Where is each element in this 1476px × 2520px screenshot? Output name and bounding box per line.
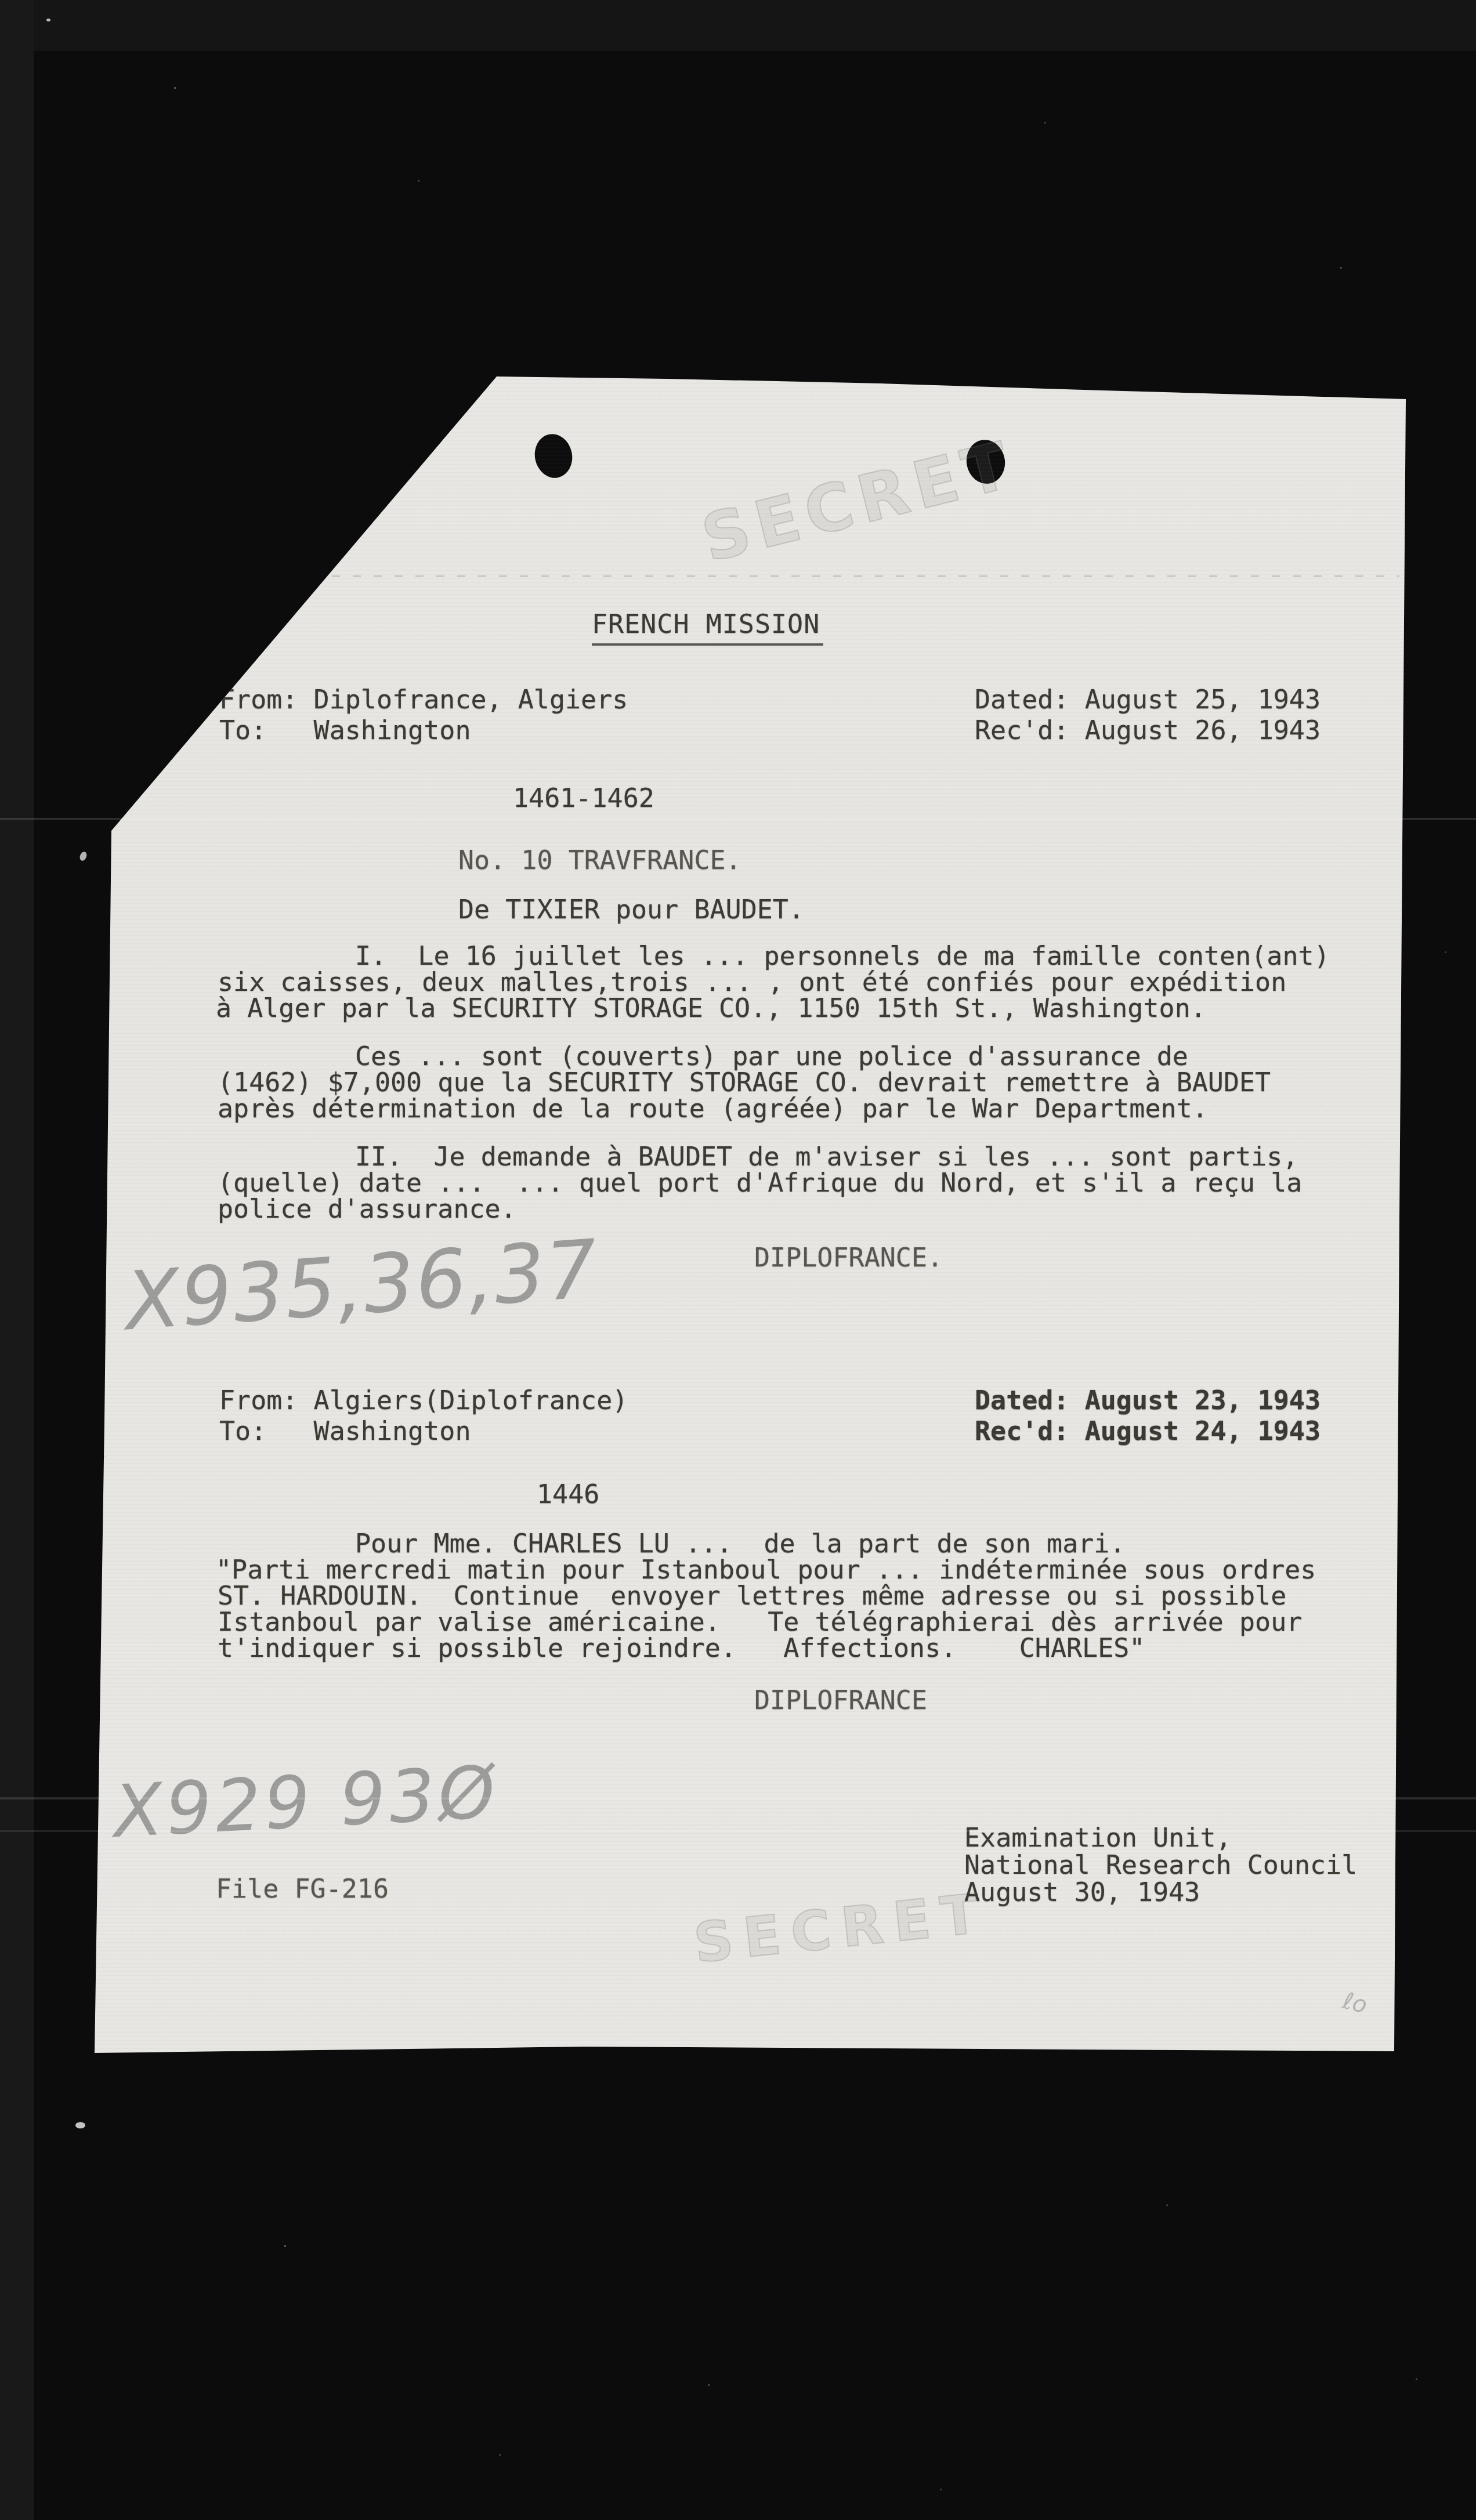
scan-border-left: [0, 0, 34, 2520]
scan-speck: [46, 19, 50, 21]
pencil-corner-mark: ℓo: [1340, 1987, 1370, 2019]
message2-to: To: Washington: [219, 1416, 471, 1446]
message1-body-line: à Alger par la SECURITY STORAGE CO., 115…: [216, 993, 1206, 1023]
document-title: FRENCH MISSION: [592, 609, 823, 646]
message1-body-line: après détermination de la route (agréée)…: [218, 1094, 1208, 1124]
secret-stamp-bottom: SECRET: [691, 1882, 992, 1976]
scanned-document-page: SECRET SECRET FRENCH MISSION From: Diplo…: [0, 0, 1476, 2520]
scan-border-top: [0, 0, 1476, 51]
scan-speck: [78, 851, 88, 862]
scan-speck: [75, 2122, 85, 2128]
pencil-annotation-1: X935,36,37: [122, 1222, 601, 1349]
message2-from: From: Algiers(Diplofrance): [219, 1385, 628, 1415]
message2-body-line: t'indiquer si possible rejoindre. Affect…: [218, 1633, 1145, 1663]
message1-salutation: De TIXIER pour BAUDET.: [458, 895, 804, 925]
message1-number: No. 10 TRAVFRANCE.: [458, 845, 741, 875]
scan-noise-dots: [174, 87, 176, 89]
secret-stamp-top: SECRET: [694, 426, 1023, 577]
paper-sheet: SECRET SECRET FRENCH MISSION From: Diplo…: [0, 0, 1476, 2520]
message2-signature: DIPLOFRANCE: [754, 1685, 927, 1715]
message1-serial: 1461-1462: [513, 783, 654, 813]
file-number: File FG-216: [216, 1874, 389, 1904]
message2-received: Rec'd: August 24, 1943: [975, 1416, 1321, 1446]
message1-signature: DIPLOFRANCE.: [754, 1243, 943, 1273]
message1-received: Rec'd: August 26, 1943: [975, 715, 1321, 745]
message1-body-line: police d'assurance.: [218, 1194, 516, 1224]
punch-hole-left: [531, 430, 576, 481]
message2-dated: Dated: August 23, 1943: [975, 1385, 1321, 1415]
scan-artifact-dashed-line: [227, 575, 1399, 577]
pencil-annotation-2: X929 93Ø: [111, 1751, 501, 1855]
examination-unit-line3: August 30, 1943: [964, 1877, 1200, 1907]
message1-from: From: Diplofrance, Algiers: [219, 685, 628, 715]
examination-unit-line2: National Research Council: [964, 1850, 1357, 1880]
message1-to: To: Washington: [219, 715, 471, 745]
message1-dated: Dated: August 25, 1943: [975, 685, 1321, 715]
examination-unit-line1: Examination Unit,: [964, 1823, 1232, 1853]
message2-serial: 1446: [537, 1479, 599, 1509]
